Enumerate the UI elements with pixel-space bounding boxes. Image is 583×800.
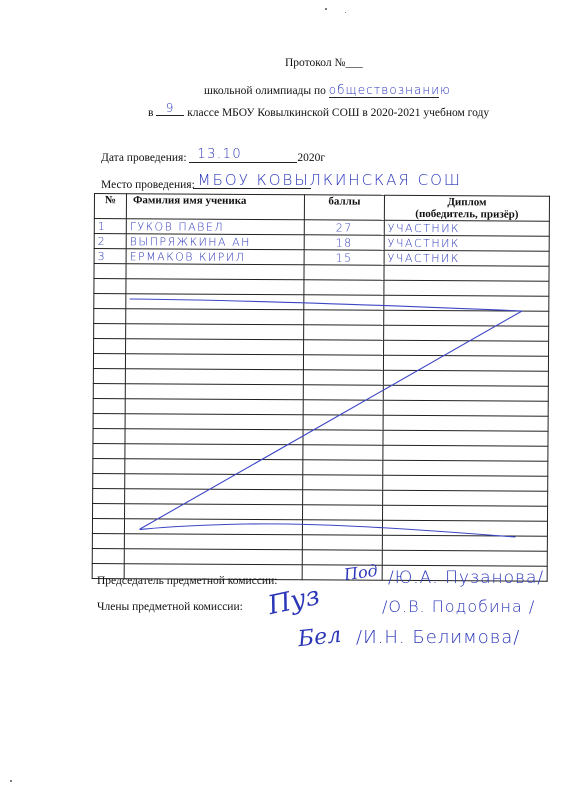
empty-cell	[303, 370, 383, 385]
empty-cell	[125, 384, 303, 400]
empty-cell	[125, 489, 303, 505]
subject-value: обществознанию	[329, 83, 439, 98]
empty-cell	[126, 294, 304, 310]
empty-cell	[383, 490, 548, 506]
empty-cell	[93, 458, 125, 473]
empty-cell	[304, 280, 384, 295]
row-score: 15	[304, 250, 384, 265]
empty-cell	[93, 488, 125, 503]
table-header-row: № Фамилия имя ученика баллы Диплом (побе…	[94, 194, 549, 222]
col-header-name: Фамилия имя ученика	[126, 194, 304, 220]
empty-cell	[384, 310, 549, 326]
empty-cell	[302, 520, 382, 535]
empty-cell	[304, 310, 384, 325]
empty-cell	[126, 264, 304, 280]
empty-cell	[304, 340, 384, 355]
empty-cell	[383, 505, 548, 521]
diploma-subtitle: (победитель, призёр)	[415, 208, 518, 221]
empty-cell	[383, 475, 548, 491]
empty-cell	[303, 460, 383, 475]
empty-cell	[125, 399, 303, 415]
empty-cell	[125, 504, 303, 520]
empty-cell	[383, 355, 548, 371]
empty-cell	[93, 383, 125, 398]
place-line: Место проведения: МБОУ Ковылкинская СОШ	[101, 174, 462, 192]
row-diploma: участник	[384, 250, 549, 266]
row-name: Гуков Павел	[126, 219, 304, 235]
row-number: 1	[94, 219, 126, 234]
empty-cell	[125, 459, 303, 475]
class-line: в 9 классе МБОУ Ковылкинской СОШ в 2020-…	[148, 105, 489, 120]
empty-cell	[124, 549, 302, 565]
empty-cell	[383, 385, 548, 401]
protocol-title: Протокол №___	[285, 57, 363, 69]
empty-cell	[125, 414, 303, 430]
scan-speck	[345, 12, 346, 13]
empty-cell	[125, 354, 303, 370]
empty-cell	[304, 265, 384, 280]
diploma-title: Диплом	[447, 196, 486, 208]
place-underline	[193, 188, 311, 189]
chair-label: Председатель предметной комиссии:	[97, 575, 277, 587]
empty-cell	[94, 309, 126, 324]
empty-cell	[303, 505, 383, 520]
empty-cell	[94, 264, 126, 279]
empty-cell	[126, 339, 304, 355]
empty-cell	[125, 444, 303, 460]
row-number: 2	[94, 234, 126, 249]
empty-cell	[303, 430, 383, 445]
empty-cell	[92, 533, 124, 548]
empty-cell	[302, 535, 382, 550]
empty-cell	[126, 324, 304, 340]
results-table-container: № Фамилия имя ученика баллы Диплом (побе…	[92, 193, 550, 557]
empty-cell	[384, 325, 549, 341]
olympiad-line: школьной олимпиады по обществознанию	[204, 83, 439, 98]
class-prefix: в	[148, 107, 153, 119]
member-1-name: /О.В. Подобина /	[382, 597, 535, 616]
row-number: 3	[94, 249, 126, 264]
empty-cell	[383, 460, 548, 476]
class-suffix: классе МБОУ Ковылкинской СОШ в 2020-2021…	[187, 107, 489, 119]
empty-cell	[303, 385, 383, 400]
scan-speck	[325, 8, 327, 10]
empty-cell	[303, 445, 383, 460]
empty-cell	[125, 429, 303, 445]
empty-cell	[93, 398, 125, 413]
empty-cell	[304, 295, 384, 310]
empty-cell	[304, 325, 384, 340]
place-label: Место проведения:	[101, 179, 195, 191]
col-header-diploma: Диплом (победитель, призёр)	[384, 195, 549, 221]
col-header-score: баллы	[304, 195, 384, 220]
empty-cell	[383, 415, 548, 431]
empty-cell	[303, 490, 383, 505]
empty-cell	[124, 534, 302, 550]
date-value: 13.10	[189, 147, 297, 163]
scan-speck	[10, 780, 12, 782]
empty-cell	[92, 518, 124, 533]
empty-cell	[94, 339, 126, 354]
empty-cell	[384, 340, 549, 356]
empty-cell	[94, 324, 126, 339]
empty-cell	[94, 279, 126, 294]
empty-cell	[383, 400, 548, 416]
place-value: МБОУ Ковылкинская СОШ	[198, 171, 462, 189]
empty-cell	[93, 473, 125, 488]
row-diploma: участник	[384, 220, 549, 236]
olympiad-prefix: школьной олимпиады по	[204, 85, 326, 97]
member-2-name: /И.Н. Белимова/	[356, 627, 520, 648]
row-name: Ермаков Кирил	[126, 249, 304, 265]
empty-cell	[125, 474, 303, 490]
class-value: 9	[156, 101, 184, 116]
empty-cell	[94, 294, 126, 309]
empty-cell	[382, 550, 547, 566]
empty-cell	[384, 280, 549, 296]
chair-name: /Ю.А. Пузанова/	[388, 568, 544, 588]
date-label: Дата проведения:	[101, 152, 187, 164]
date-line: Дата проведения: 13.102020г	[101, 150, 325, 166]
row-name: Выпряжкина Ан	[126, 234, 304, 250]
empty-cell	[383, 445, 548, 461]
row-diploma: участник	[384, 235, 549, 251]
empty-cell	[384, 295, 549, 311]
row-score: 18	[304, 235, 384, 250]
empty-cell	[382, 520, 547, 536]
empty-cell	[93, 428, 125, 443]
empty-cell	[126, 309, 304, 325]
empty-cell	[93, 503, 125, 518]
empty-cell	[384, 265, 549, 281]
empty-cell	[303, 415, 383, 430]
empty-cell	[303, 475, 383, 490]
empty-cell	[93, 368, 125, 383]
empty-cell	[92, 548, 124, 563]
empty-cell	[93, 443, 125, 458]
empty-cell	[383, 370, 548, 386]
results-table: № Фамилия имя ученика баллы Диплом (побе…	[92, 193, 550, 582]
members-label: Члены предметной комиссии:	[97, 601, 243, 613]
empty-cell	[303, 400, 383, 415]
empty-cell	[382, 535, 547, 551]
row-score: 27	[304, 220, 384, 235]
empty-cell	[125, 369, 303, 385]
empty-cell	[124, 519, 302, 535]
empty-cell	[93, 354, 125, 369]
empty-cell	[126, 279, 304, 295]
date-year: 2020г	[297, 152, 325, 164]
empty-cell	[93, 413, 125, 428]
col-header-number: №	[94, 194, 126, 219]
empty-cell	[303, 355, 383, 370]
signature-3: Бел	[297, 623, 343, 652]
empty-cell	[383, 430, 548, 446]
